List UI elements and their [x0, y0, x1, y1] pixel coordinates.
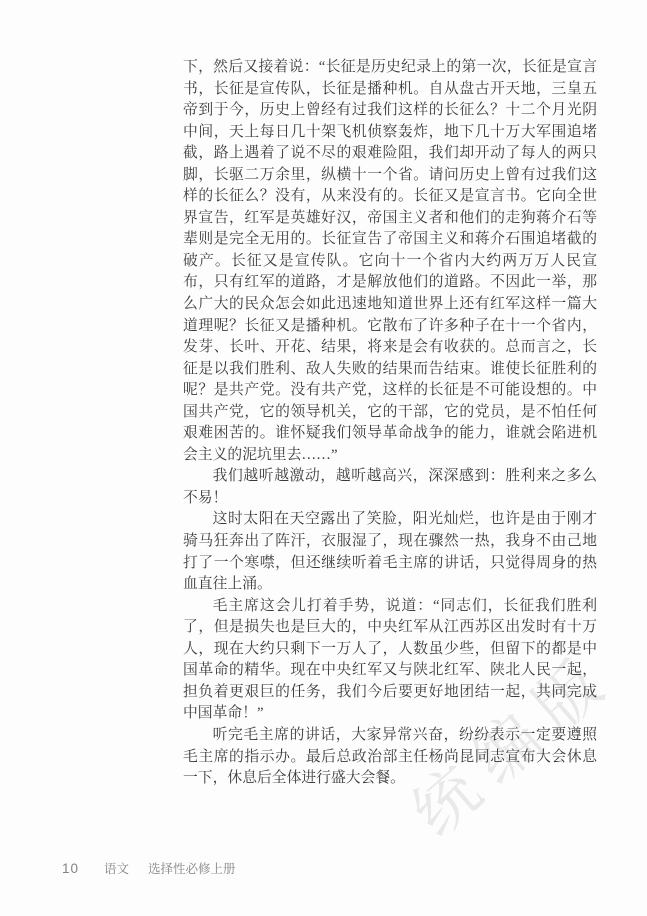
- body-paragraph: 这时太阳在天空露出了笑脸，阳光灿烂，也许是由于刚才骑马狂奔出了阵汗，衣服湿了，现…: [183, 509, 597, 595]
- body-paragraph: 毛主席这会儿打着手势，说道：“同志们，长征我们胜利了，但是损失也是巨大的，中央红…: [183, 596, 597, 725]
- page-footer: 10 语文 选择性必修上册: [62, 859, 236, 877]
- body-paragraph: 我们越听越激动，越听越高兴，深深感到：胜利来之多么不易！: [183, 466, 597, 509]
- footer-subject: 语文: [104, 859, 129, 877]
- body-paragraph: 听完毛主席的讲话，大家异常兴奋，纷纷表示一定要遵照毛主席的指示办。最后总政治部主…: [183, 725, 597, 790]
- textbook-page: 统编版 下，然后又接着说：“长征是历史纪录上的第一次，长征是宣言书，长征是宣传队…: [0, 0, 647, 916]
- page-number: 10: [62, 861, 79, 876]
- footer-volume: 选择性必修上册: [148, 859, 236, 877]
- body-paragraph: 下，然后又接着说：“长征是历史纪录上的第一次，长征是宣言书，长征是宣传队，长征是…: [183, 57, 597, 466]
- body-text: 下，然后又接着说：“长征是历史纪录上的第一次，长征是宣言书，长征是宣传队，长征是…: [183, 57, 597, 790]
